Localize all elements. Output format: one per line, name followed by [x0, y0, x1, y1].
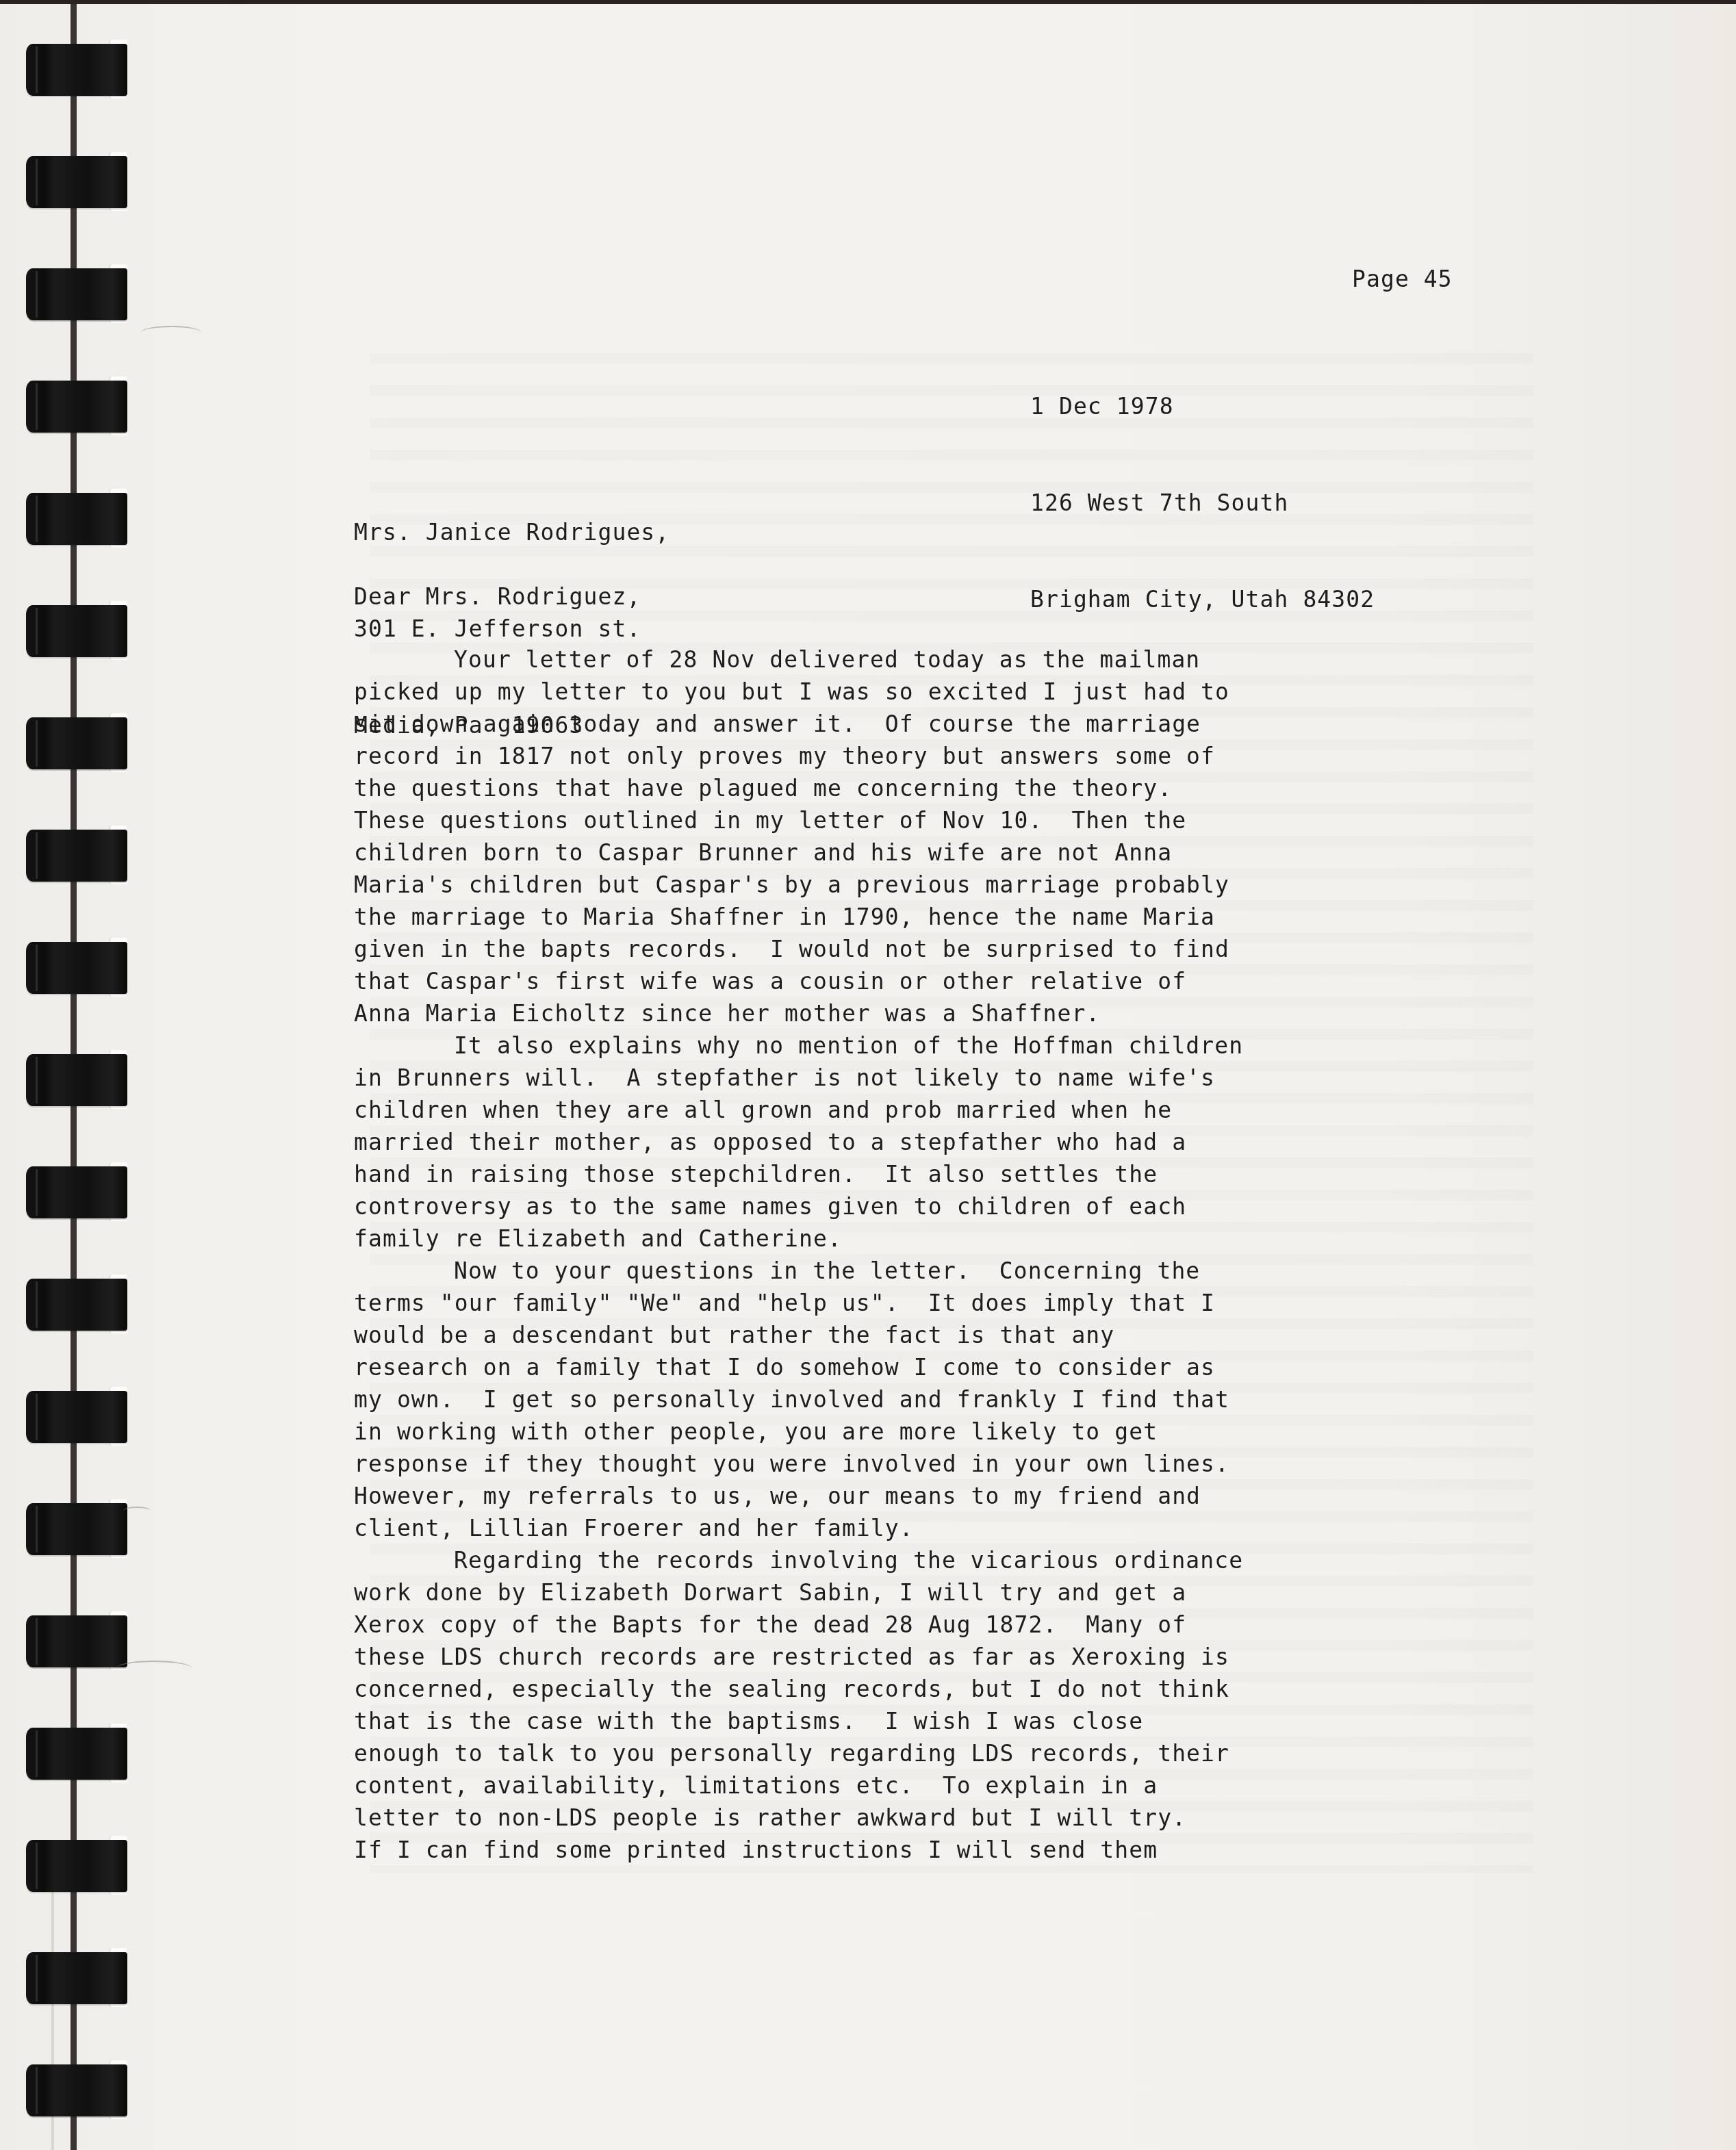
body-line: record in 1817 not only proves my theory… — [354, 740, 1243, 772]
body-line: Xerox copy of the Bapts for the dead 28 … — [354, 1609, 1243, 1641]
body-line: family re Elizabeth and Catherine. — [354, 1223, 1243, 1255]
body-line: that Caspar's first wife was a cousin or… — [354, 965, 1243, 997]
binding-ring — [26, 493, 127, 545]
body-line: Your letter of 28 Nov delivered today as… — [354, 643, 1243, 676]
body-line: terms "our family" "We" and "help us". I… — [354, 1287, 1243, 1319]
binding-ring — [26, 1503, 127, 1555]
binding-ring — [26, 1615, 127, 1667]
letter-date: 1 Dec 1978 — [1030, 390, 1375, 422]
body-line: letter to non-LDS people is rather awkwa… — [354, 1802, 1243, 1834]
body-line: that is the case with the baptisms. I wi… — [354, 1705, 1243, 1737]
salutation: Dear Mrs. Rodriguez, — [354, 580, 641, 613]
binding-ring — [26, 830, 127, 882]
paper-fiber — [116, 1661, 192, 1676]
body-line: the marriage to Maria Shaffner in 1790, … — [354, 901, 1243, 933]
body-line: children when they are all grown and pro… — [354, 1094, 1243, 1126]
binding-ring — [26, 1728, 127, 1780]
binding-ring — [26, 2064, 127, 2116]
body-line: content, availability, limitations etc. … — [354, 1769, 1243, 1802]
body-line: work done by Elizabeth Dorwart Sabin, I … — [354, 1576, 1243, 1609]
binding-ring — [26, 1391, 127, 1443]
body-line: However, my referrals to us, we, our mea… — [354, 1480, 1243, 1512]
body-line: my own. I get so personally involved and… — [354, 1383, 1243, 1416]
body-line: research on a family that I do somehow I… — [354, 1351, 1243, 1383]
binding-ring — [26, 717, 127, 769]
body-line: If I can find some printed instructions … — [354, 1834, 1243, 1866]
body-line: Maria's children but Caspar's by a previ… — [354, 869, 1243, 901]
sender-address-line2: Brigham City, Utah 84302 — [1030, 583, 1375, 615]
binding-ring — [26, 1279, 127, 1331]
body-line: Regarding the records involving the vica… — [354, 1544, 1243, 1576]
binding-ring — [26, 1840, 127, 1892]
body-line: would be a descendant but rather the fac… — [354, 1319, 1243, 1351]
sender-address-line1: 126 West 7th South — [1030, 487, 1375, 519]
body-line: hand in raising those stepchildren. It a… — [354, 1158, 1243, 1190]
body-line: given in the bapts records. I would not … — [354, 933, 1243, 965]
binding-ring — [26, 268, 127, 320]
body-line: sit down again today and answer it. Of c… — [354, 708, 1243, 740]
body-line: enough to talk to you personally regardi… — [354, 1737, 1243, 1769]
body-line: concerned, especially the sealing record… — [354, 1673, 1243, 1705]
spiral-binding — [0, 4, 137, 2150]
body-line: married their mother, as opposed to a st… — [354, 1126, 1243, 1158]
body-line: these LDS church records are restricted … — [354, 1641, 1243, 1673]
body-line: picked up my letter to you but I was so … — [354, 676, 1243, 708]
document-page: Page 45 1 Dec 1978 126 West 7th South Br… — [0, 4, 1736, 2150]
binding-ring — [26, 1952, 127, 2004]
body-line: client, Lillian Froerer and her family. — [354, 1512, 1243, 1544]
binding-ring — [26, 605, 127, 657]
body-line: response if they thought you were involv… — [354, 1448, 1243, 1480]
body-line: controversy as to the same names given t… — [354, 1190, 1243, 1223]
binding-ring — [26, 156, 127, 208]
paper-fiber — [140, 326, 202, 340]
binding-ring — [26, 381, 127, 433]
body-line: These questions outlined in my letter of… — [354, 804, 1243, 836]
paper-fiber — [123, 1507, 151, 1515]
body-line: children born to Caspar Brunner and his … — [354, 836, 1243, 869]
recipient-name: Mrs. Janice Rodrigues, — [354, 516, 669, 548]
binding-ring — [26, 1054, 127, 1106]
body-line: in working with other people, you are mo… — [354, 1416, 1243, 1448]
binding-ring — [26, 1166, 127, 1218]
letter-body: Your letter of 28 Nov delivered today as… — [354, 643, 1243, 1866]
body-line: Anna Maria Eicholtz since her mother was… — [354, 997, 1243, 1029]
body-line: in Brunners will. A stepfather is not li… — [354, 1062, 1243, 1094]
body-line: the questions that have plagued me conce… — [354, 772, 1243, 804]
sender-block: 1 Dec 1978 126 West 7th South Brigham Ci… — [1030, 326, 1375, 680]
binding-ring — [26, 44, 127, 96]
binding-ring — [26, 942, 127, 994]
page-number: Page 45 — [1352, 263, 1453, 295]
recipient-address-line1: 301 E. Jefferson st. — [354, 613, 669, 645]
body-line: It also explains why no mention of the H… — [354, 1029, 1243, 1062]
body-line: Now to your questions in the letter. Con… — [354, 1255, 1243, 1287]
